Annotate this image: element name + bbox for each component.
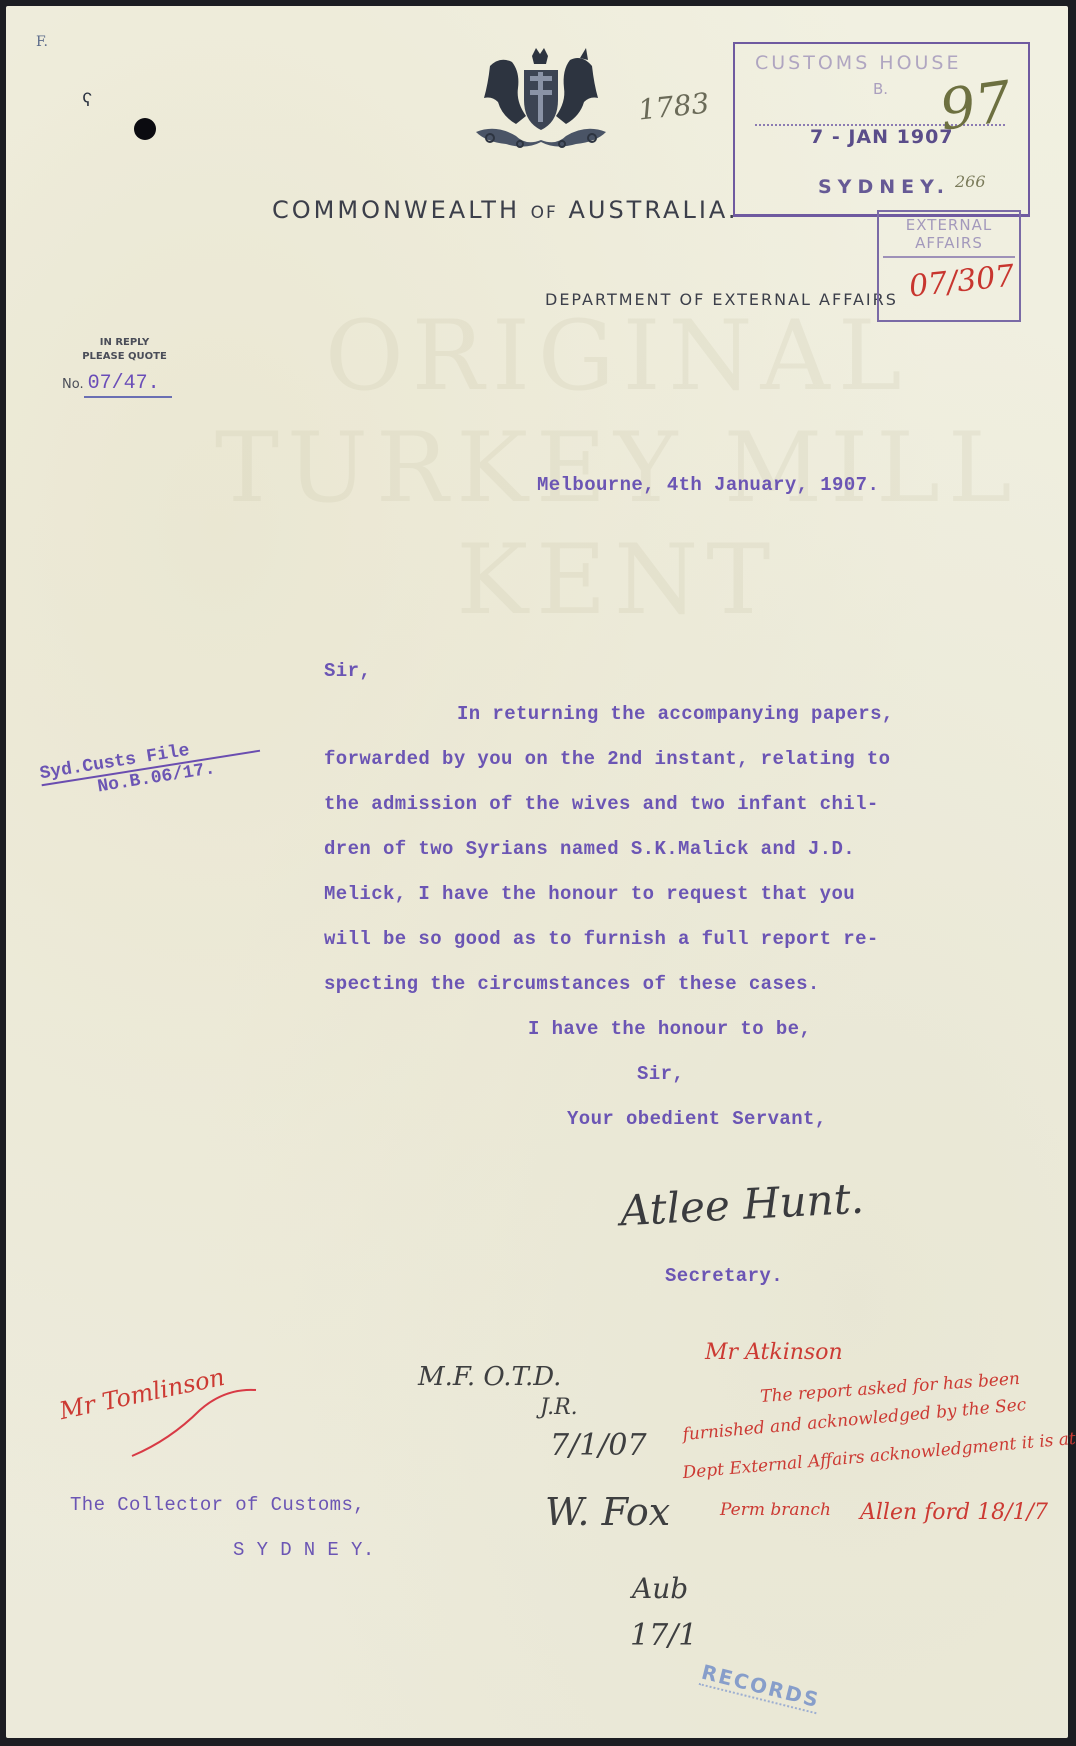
stamp-handwritten-number: 97 xyxy=(936,69,1016,143)
stamp-header: CUSTOMS HOUSE xyxy=(755,52,962,74)
pencil-signature: W. Fox xyxy=(545,1490,670,1534)
body-line: specting the circumstances of these case… xyxy=(324,973,820,995)
stamp-city: SYDNEY. xyxy=(818,176,950,198)
red-note-addressee: Mr Atkinson xyxy=(705,1340,843,1365)
punch-hole-icon xyxy=(134,118,156,140)
coat-of-arms-icon xyxy=(470,46,612,158)
stamp-date: 7 - JAN 1907 xyxy=(810,126,954,148)
closing-line: I have the honour to be, xyxy=(528,1018,811,1040)
customs-received-stamp: CUSTOMS HOUSE B. 7 - JAN 1907 SYDNEY. 97… xyxy=(733,42,1030,217)
pencil-annotation-mf: M.F. O.T.D. xyxy=(418,1362,561,1392)
ink-date: 17/1 xyxy=(630,1618,697,1653)
red-pen-stroke-icon xyxy=(130,1380,260,1460)
body-line: forwarded by you on the 2nd instant, rel… xyxy=(324,748,891,770)
body-line: dren of two Syrians named S.K.Malick and… xyxy=(324,838,855,860)
stamp-letter: B. xyxy=(873,80,888,98)
paper-watermark: ORIGINAL TURKEY MILL KENT xyxy=(215,300,1020,636)
stamp-handwritten-small: 266 xyxy=(955,172,986,191)
addressee-line: The Collector of Customs, xyxy=(70,1494,365,1516)
addressee-city: S Y D N E Y. xyxy=(233,1539,375,1561)
body-line: In returning the accompanying papers, xyxy=(457,703,894,725)
ink-initials: Aub xyxy=(632,1572,688,1605)
body-line: Melick, I have the honour to request tha… xyxy=(324,883,855,905)
reply-quote-block: IN REPLY PLEASE QUOTE xyxy=(62,336,187,364)
corner-file-mark: F. xyxy=(36,34,48,50)
letterhead-title: COMMONWEALTH OF AUSTRALIA. xyxy=(272,196,739,224)
body-line: the admission of the wives and two infan… xyxy=(324,793,879,815)
red-note-line: Perm branch xyxy=(720,1500,831,1520)
closing-sir: Sir, xyxy=(637,1063,684,1085)
signatory-title: Secretary. xyxy=(665,1265,783,1287)
stamp-file-number: 07/307 xyxy=(907,259,1016,305)
letterhead-department: DEPARTMENT OF EXTERNAL AFFAIRS xyxy=(545,290,898,309)
pencil-annotation-date: 7/1/07 xyxy=(550,1428,647,1463)
red-note-signoff: Allen ford 18/1/7 xyxy=(860,1500,1048,1525)
closing-servant: Your obedient Servant, xyxy=(567,1108,827,1130)
pencil-annotation-initials: J.R. xyxy=(540,1395,578,1420)
salutation: Sir, xyxy=(324,660,371,682)
reply-reference-number: No.07/47. xyxy=(62,372,172,398)
date-line: Melbourne, 4th January, 1907. xyxy=(537,474,879,496)
staple-mark-icon: ʕ xyxy=(82,92,93,112)
external-affairs-stamp: EXTERNAL AFFAIRS 07/307 xyxy=(877,210,1021,322)
stamp-divider xyxy=(883,256,1015,258)
body-line: will be so good as to furnish a full rep… xyxy=(324,928,879,950)
